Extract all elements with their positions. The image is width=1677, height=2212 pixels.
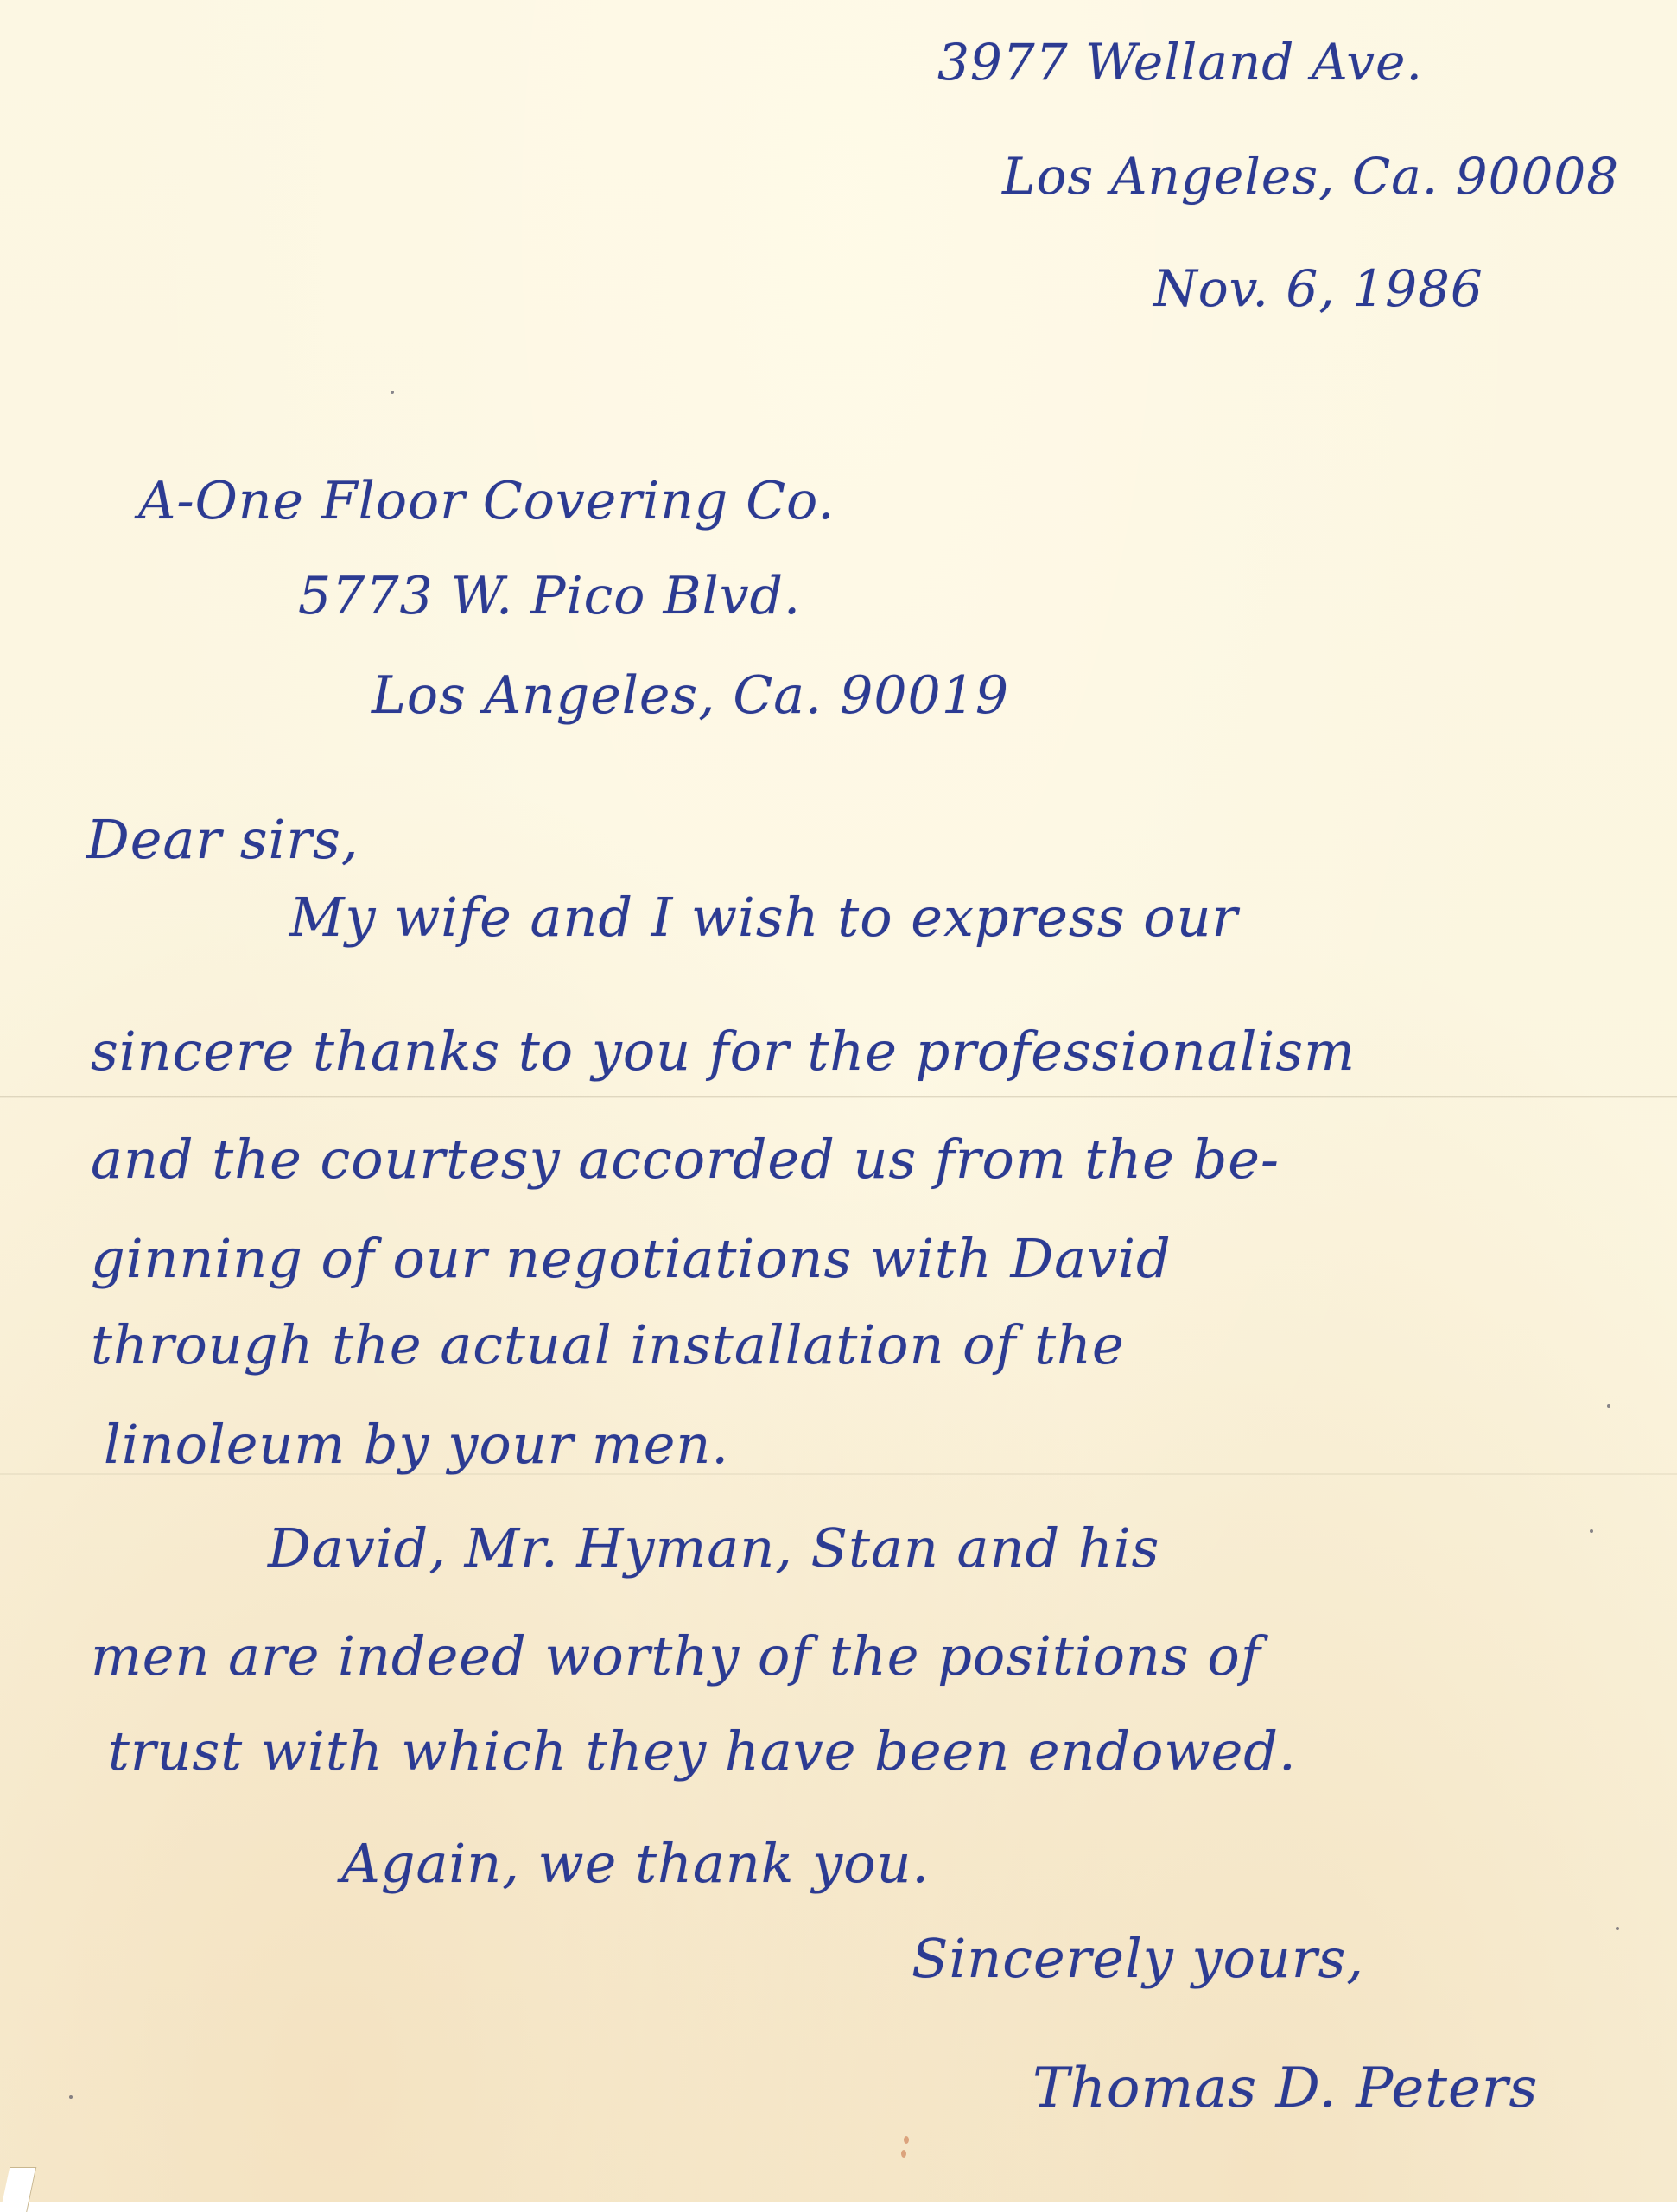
paper-speck (69, 2095, 73, 2099)
recipient-street: 5773 W. Pico Blvd. (298, 566, 801, 626)
paper-speck (1607, 1404, 1610, 1408)
body-line: and the courtesy accorded us from the be… (91, 1128, 1280, 1191)
signature: Thomas D. Peters (1032, 2056, 1538, 2120)
body-line: David, Mr. Hyman, Stan and his (268, 1516, 1159, 1580)
body-line: trust with which they have been endowed. (108, 1719, 1297, 1783)
rust-stain (904, 2136, 909, 2144)
closing-thanks: Again, we thank you. (341, 1832, 930, 1895)
paper-speck (391, 391, 394, 394)
paper-speck (1590, 1529, 1593, 1533)
recipient-city-line: Los Angeles, Ca. 90019 (372, 665, 1009, 726)
rust-stain (901, 2150, 906, 2158)
sender-city-line: Los Angeles, Ca. 90008 (1002, 147, 1619, 206)
letter-date: Nov. 6, 1986 (1153, 259, 1483, 318)
recipient-name: A-One Floor Covering Co. (138, 471, 835, 531)
body-line: My wife and I wish to express our (289, 886, 1238, 949)
paper-speck (1616, 1927, 1619, 1930)
salutation: Dear sirs, (86, 808, 359, 871)
body-line: sincere thanks to you for the profession… (91, 1020, 1356, 1083)
body-line: linoleum by your men. (104, 1413, 729, 1476)
valediction: Sincerely yours, (912, 1927, 1364, 1990)
paper-fold-line (0, 1096, 1677, 1098)
body-line: men are indeed worthy of the positions o… (91, 1624, 1261, 1688)
sender-street: 3977 Welland Ave. (937, 33, 1423, 92)
body-line: ginning of our negotiations with David (91, 1227, 1172, 1290)
body-line: through the actual installation of the (91, 1313, 1125, 1376)
